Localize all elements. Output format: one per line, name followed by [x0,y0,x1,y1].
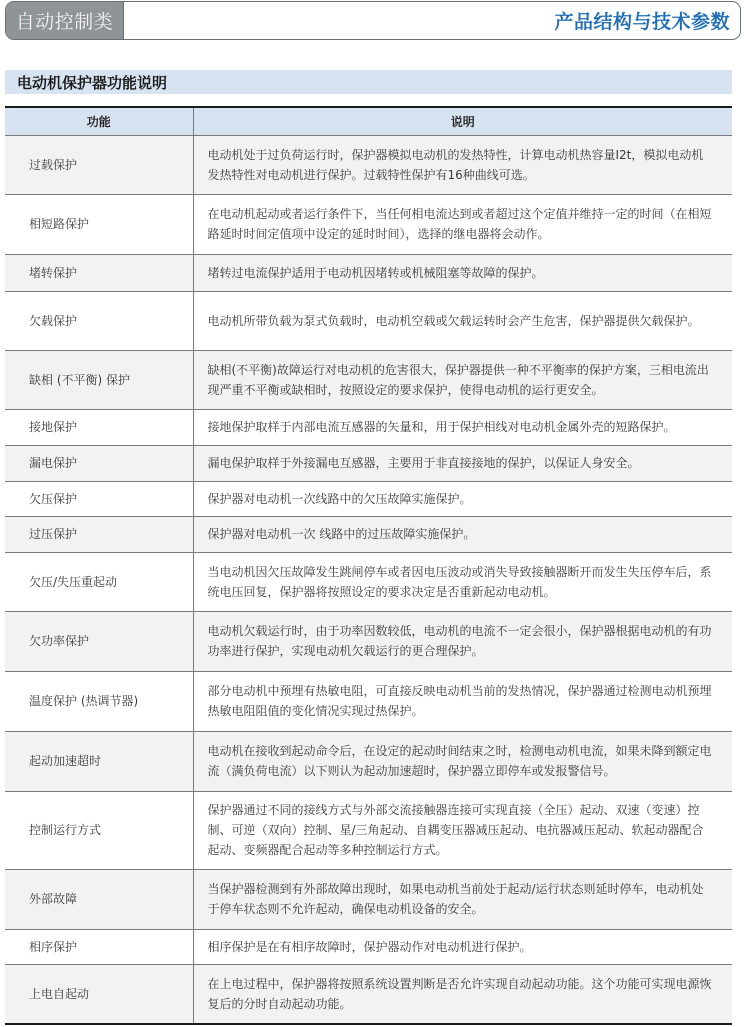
table-row: 控制运行方式保护器通过不同的接线方式与外部交流接触器连接可实现直接（全压）起动、… [5,791,732,869]
function-description-cell: 相序保护是在有相序故障时，保护器动作对电动机进行保护。 [193,929,732,964]
table-row: 过载保护电动机处于过负荷运行时，保护器模拟电动机的发热特性，计算电动机热容量I2… [5,135,732,194]
function-name-cell: 漏电保护 [5,445,193,481]
function-description-cell: 当电动机因欠压故障发生跳闸停车或者因电压波动或消失导致接触器断开而发生失压停车后… [193,552,732,611]
table-row: 堵转保护堵转过电流保护适用于电动机因堵转或机械阻塞等故障的保护。 [5,254,732,291]
function-name-cell: 相序保护 [5,929,193,964]
table-row: 外部故障当保护器检测到有外部故障出现时，如果电动机当前处于起动/运行状态则延时停… [5,869,732,929]
table-row: 欠压保护保护器对电动机一次线路中的欠压故障实施保护。 [5,481,732,516]
table-row: 相序保护相序保护是在有相序故障时，保护器动作对电动机进行保护。 [5,929,732,964]
function-description-cell: 电动机欠载运行时，由于功率因数较低，电动机的电流不一定会很小，保护器根据电动机的… [193,611,732,671]
function-description-cell: 接地保护取样于内部电流互感器的矢量和，用于保护相线对电动机金属外壳的短路保护。 [193,409,732,445]
function-description-cell: 电动机所带负载为泵式负载时，电动机空载或欠载运转时会产生危害，保护器提供欠载保护… [193,291,732,350]
table-header-row: 功能 说明 [5,107,732,135]
function-name-cell: 接地保护 [5,409,193,445]
function-description-cell: 漏电保护取样于外接漏电互感器，主要用于非直接接地的保护，以保证人身安全。 [193,445,732,481]
header-description: 说明 [193,107,732,135]
table-row: 漏电保护漏电保护取样于外接漏电互感器，主要用于非直接接地的保护，以保证人身安全。 [5,445,732,481]
banner-spacer [124,2,554,39]
table-row: 温度保护 (热调节器)部分电动机中预埋有热敏电阻，可直接反映电动机当前的发热情况… [5,671,732,731]
function-description-cell: 电动机处于过负荷运行时，保护器模拟电动机的发热特性，计算电动机热容量I2t，模拟… [193,135,732,194]
header-function: 功能 [5,107,193,135]
table-row: 缺相 (不平衡) 保护缺相(不平衡)故障运行对电动机的危害很大，保护器提供一种不… [5,350,732,409]
function-description-cell: 堵转过电流保护适用于电动机因堵转或机械阻塞等故障的保护。 [193,254,732,291]
function-description-cell: 保护器对电动机一次 线路中的过压故障实施保护。 [193,516,732,552]
function-name-cell: 温度保护 (热调节器) [5,671,193,731]
function-name-cell: 欠载保护 [5,291,193,350]
function-name-cell: 欠压保护 [5,481,193,516]
table-row: 欠功率保护电动机欠载运行时，由于功率因数较低，电动机的电流不一定会很小，保护器根… [5,611,732,671]
table-row: 起动加速超时电动机在接收到起动命令后，在设定的起动时间结束之时，检测电动机电流，… [5,731,732,791]
table-row: 上电自起动在上电过程中，保护器将按照系统设置判断是否允许实现自动起动功能。这个功… [5,964,732,1024]
section-title: 电动机保护器功能说明 [5,70,732,94]
page-banner: 自动控制类 产品结构与技术参数 [5,1,741,40]
function-name-cell: 缺相 (不平衡) 保护 [5,350,193,409]
function-name-cell: 欠压/失压重起动 [5,552,193,611]
table-row: 接地保护接地保护取样于内部电流互感器的矢量和，用于保护相线对电动机金属外壳的短路… [5,409,732,445]
function-description-cell: 电动机在接收到起动命令后，在设定的起动时间结束之时，检测电动机电流，如果未降到额… [193,731,732,791]
category-tab: 自动控制类 [6,2,124,39]
function-description-cell: 缺相(不平衡)故障运行对电动机的危害很大，保护器提供一种不平衡率的保护方案，三相… [193,350,732,409]
function-name-cell: 外部故障 [5,869,193,929]
function-description-cell: 在上电过程中，保护器将按照系统设置判断是否允许实现自动起动功能。这个功能可实现电… [193,964,732,1024]
function-description-cell: 当保护器检测到有外部故障出现时，如果电动机当前处于起动/运行状态则延时停车，电动… [193,869,732,929]
function-name-cell: 相短路保护 [5,194,193,254]
function-table: 功能 说明 过载保护电动机处于过负荷运行时，保护器模拟电动机的发热特性，计算电动… [5,106,732,1025]
function-name-cell: 起动加速超时 [5,731,193,791]
table-row: 欠载保护电动机所带负载为泵式负载时，电动机空载或欠载运转时会产生危害，保护器提供… [5,291,732,350]
table-body: 过载保护电动机处于过负荷运行时，保护器模拟电动机的发热特性，计算电动机热容量I2… [5,135,732,1024]
table-row: 相短路保护在电动机起动或者运行条件下，当任何相电流达到或者超过这个定值并维持一定… [5,194,732,254]
table-row: 欠压/失压重起动当电动机因欠压故障发生跳闸停车或者因电压波动或消失导致接触器断开… [5,552,732,611]
function-description-cell: 保护器对电动机一次线路中的欠压故障实施保护。 [193,481,732,516]
function-description-cell: 保护器通过不同的接线方式与外部交流接触器连接可实现直接（全压）起动、双速（变速）… [193,791,732,869]
function-description-cell: 部分电动机中预埋有热敏电阻，可直接反映电动机当前的发热情况，保护器通过检测电动机… [193,671,732,731]
function-name-cell: 上电自起动 [5,964,193,1024]
function-name-cell: 过载保护 [5,135,193,194]
function-name-cell: 欠功率保护 [5,611,193,671]
function-name-cell: 过压保护 [5,516,193,552]
table-row: 过压保护保护器对电动机一次 线路中的过压故障实施保护。 [5,516,732,552]
function-description-cell: 在电动机起动或者运行条件下，当任何相电流达到或者超过这个定值并维持一定的时间（在… [193,194,732,254]
function-name-cell: 堵转保护 [5,254,193,291]
banner-title: 产品结构与技术参数 [554,2,740,39]
function-name-cell: 控制运行方式 [5,791,193,869]
